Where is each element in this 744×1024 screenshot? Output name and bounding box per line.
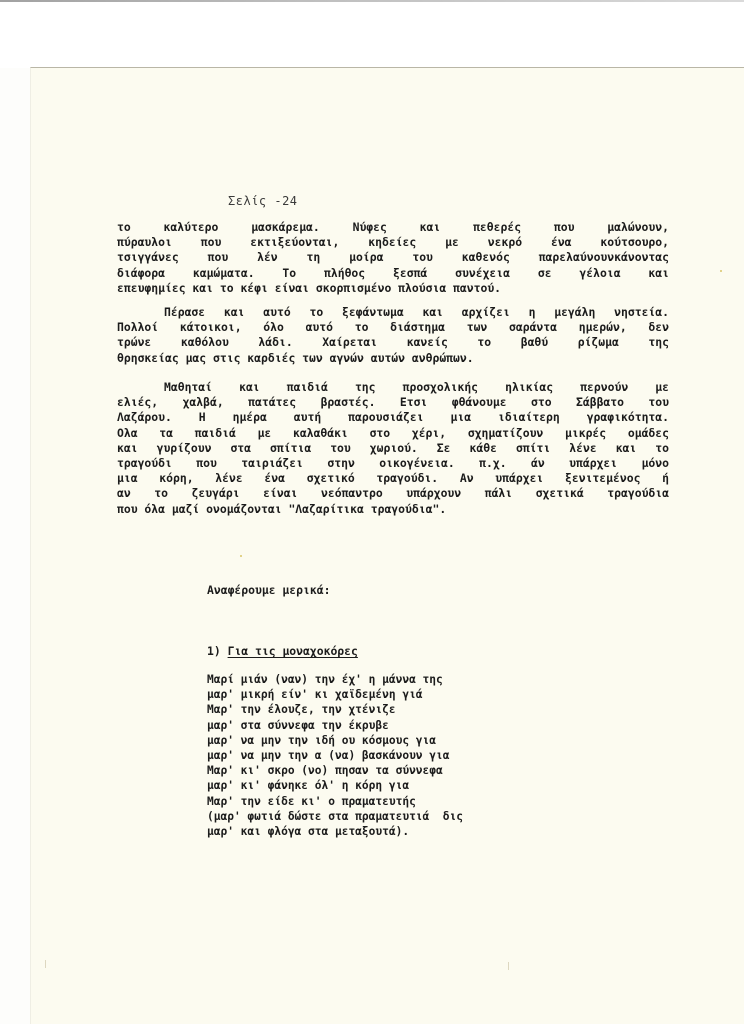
text-line: τρώνε καθόλου λάδι. Χαίρεται κανείς το β… [117, 335, 669, 350]
song-verse: μαρ' στα σύννεφα την έκρυβε [207, 718, 463, 733]
text-line: Ολα τα παιδιά με καλαθάκι στο χέρι, σχημ… [117, 426, 669, 441]
text-line: και γυρίζουν στα σπίτια του χωριού. Σε κ… [117, 441, 669, 456]
song-verse: Μαρ' την έλουζε, την χτένιζε [207, 702, 463, 717]
song-title: Για τις μοναχοκόρες [228, 644, 358, 658]
text-line: που όλα μαζί ονομάζονται "Λαζαρίτικα τρα… [117, 502, 669, 517]
text-line: Μαθηταί και παιδιά της προσχολικής ηλικί… [117, 380, 669, 395]
paper-scratch [45, 960, 46, 968]
text-line: ελιές, χαλβά, πατάτες βραστές. Ετσι φθάν… [117, 395, 669, 410]
text-line: αν το ζευγάρι είναι νεόπαντρο υπάρχουν π… [117, 486, 669, 501]
paper-speck [240, 555, 242, 557]
text-line: τραγούδι που ταιριάζει στην οικογένεια. … [117, 456, 669, 471]
song-lyrics: Μαρί μιάν (ναν) την έχ' η μάννα της μαρ'… [207, 672, 463, 839]
song-heading: 1) Για τις μοναχοκόρες [207, 644, 358, 658]
paper-speck [720, 270, 722, 272]
paragraph-carnival: το καλύτερο μασκάρεμα. Νύφες και πεθερές… [117, 220, 669, 296]
song-verse: μαρ' μικρή είν' κι χαϊδεμένη γιά [207, 687, 463, 702]
paper-scratch [508, 962, 509, 970]
song-verse: μαρ' να μην την α (να) βασκάνουν για [207, 748, 463, 763]
scanner-top-margin [0, 0, 744, 68]
text-line: πύραυλοι που εκτιξεύονται, κηδείες με νε… [117, 235, 669, 250]
text-line: μια κόρη, λένε ένα σχετικό τραγούδι. Αν … [117, 471, 669, 486]
text-line: επευφημίες και το κέφι είναι σκορπισμένο… [117, 281, 669, 296]
paragraph-lent: Πέρασε και αυτό το ξεφάντωμα και αρχίζει… [117, 305, 669, 366]
text-line: Πέρασε και αυτό το ξεφάντωμα και αρχίζει… [117, 305, 669, 320]
song-number: 1) [207, 644, 221, 658]
text-line: θρησκείας μας στις καρδιές των αγνών αυτ… [117, 351, 669, 366]
song-verse: Μαρ' κι' σκρο (νο) πησαν τα σύννεφα [207, 763, 463, 778]
typewritten-page [30, 67, 744, 1024]
paragraph-lazarus-saturday: Μαθηταί και παιδιά της προσχολικής ηλικί… [117, 380, 669, 517]
song-verse: Μαρ' την είδε κι' ο πραματευτής [207, 794, 463, 809]
section-heading: Αναφέρουμε μερικά: [207, 583, 330, 597]
song-verse: Μαρί μιάν (ναν) την έχ' η μάννα της [207, 672, 463, 687]
text-line: διάφορα καμώματα. Το πλήθος ξεσπά συνέχε… [117, 266, 669, 281]
song-verse: μαρ' και φλόγα στα μεταξουτά). [207, 824, 463, 839]
text-line: το καλύτερο μασκάρεμα. Νύφες και πεθερές… [117, 220, 669, 235]
song-verse: (μαρ' φωτιά δώστε στα πραματευτιά δις [207, 809, 463, 824]
page-number: Σελίς -24 [228, 194, 298, 208]
text-line: Λαζάρου. Η ημέρα αυτή παρουσιάζει μια ιδ… [117, 410, 669, 425]
text-line: Πολλοί κάτοικοι, όλο αυτό το διάστημα τω… [117, 320, 669, 335]
song-verse: μαρ' να μην την ιδή ου κόσμους για [207, 733, 463, 748]
song-verse: μαρ' κι' φάνηκε όλ' η κόρη για [207, 778, 463, 793]
text-line: τσιγγάνες που λέν τη μοίρα του καθενός π… [117, 250, 669, 265]
